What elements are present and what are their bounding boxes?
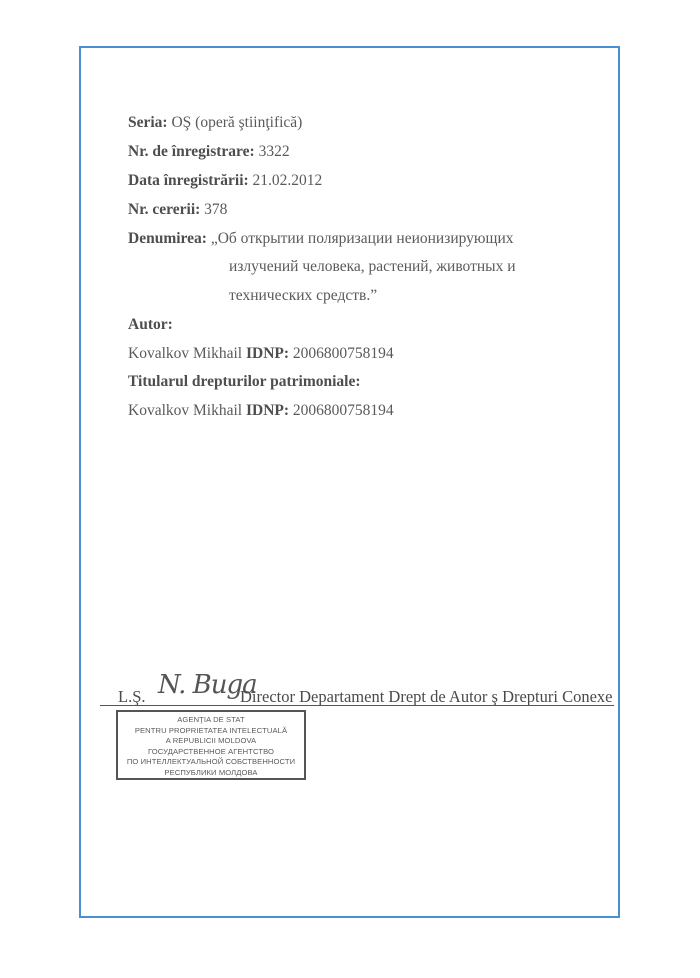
stamp-line: РЕСПУБЛИКИ МОЛДОВА <box>118 768 304 779</box>
author-name: Kovalkov Mikhail <box>128 345 242 362</box>
field-value: 378 <box>204 201 227 218</box>
holder-id-value: 2006800758194 <box>293 402 394 419</box>
field-label: Seria: <box>128 114 168 131</box>
field-registration-number: Nr. de înregistrare: 3322 <box>128 143 290 161</box>
title-line-3: технических средств.” <box>229 287 377 305</box>
stamp-line: ПО ИНТЕЛЛЕКТУАЛЬНОЙ СОБСТВЕННОСТИ <box>118 757 304 768</box>
holder-id-label: IDNP: <box>246 402 289 419</box>
stamp-line: PENTRU PROPRIETATEA INTELECTUALĂ <box>118 726 304 737</box>
seal-place-label: L.Ş. <box>118 688 146 706</box>
author-line: Kovalkov Mikhail IDNP: 2006800758194 <box>128 345 394 363</box>
stamp-line: A REPUBLICII MOLDOVA <box>118 736 304 747</box>
author-id-label: IDNP: <box>246 345 289 362</box>
holder-name: Kovalkov Mikhail <box>128 402 242 419</box>
title-line-2: излучений человека, растений, животных и <box>229 258 516 276</box>
signature-underline <box>100 705 614 706</box>
stamp-line: ГОСУДАРСТВЕННОЕ АГЕНТСТВО <box>118 747 304 758</box>
author-heading: Autor: <box>128 316 173 334</box>
field-label: Nr. cererii: <box>128 201 200 218</box>
title-line-1: „Об открытии поляризации неионизирующих <box>211 230 514 247</box>
title-label: Denumirea: <box>128 230 207 247</box>
field-label: Nr. de înregistrare: <box>128 143 255 160</box>
field-series: Seria: OŞ (operă ştiinţifică) <box>128 114 302 132</box>
field-value: 21.02.2012 <box>253 172 323 189</box>
title-field: Denumirea: „Об открытии поляризации неио… <box>128 230 514 248</box>
field-value: OŞ (operă ştiinţifică) <box>171 114 302 131</box>
stamp-line: AGENŢIA DE STAT <box>118 715 304 726</box>
holder-line: Kovalkov Mikhail IDNP: 2006800758194 <box>128 402 394 420</box>
field-label: Data înregistrării: <box>128 172 249 189</box>
field-value: 3322 <box>259 143 290 160</box>
field-application-number: Nr. cererii: 378 <box>128 201 227 219</box>
official-stamp: AGENŢIA DE STAT PENTRU PROPRIETATEA INTE… <box>116 710 306 780</box>
holder-heading: Titularul drepturilor patrimoniale: <box>128 373 361 391</box>
signatory-position: Director Departament Drept de Autor ş Dr… <box>240 688 613 706</box>
field-registration-date: Data înregistrării: 21.02.2012 <box>128 172 322 190</box>
author-id-value: 2006800758194 <box>293 345 394 362</box>
